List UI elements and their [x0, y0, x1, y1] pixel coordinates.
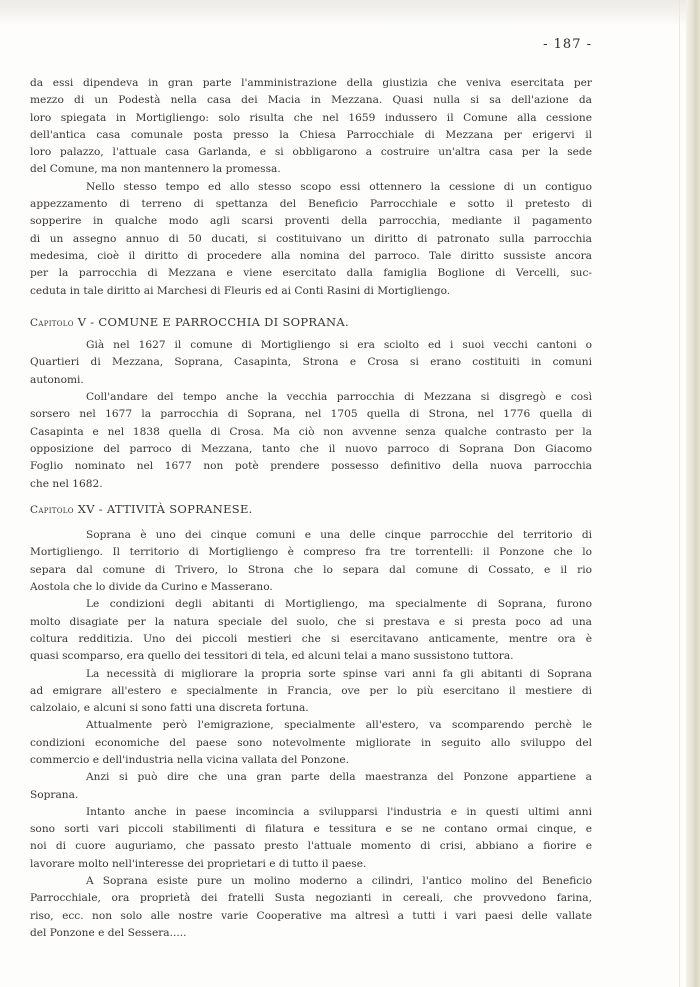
text-line: che nel 1682.: [30, 476, 592, 493]
text-line: Soprana.: [30, 787, 592, 804]
text-line: Foglio nominato nel 1677 non potè prende…: [30, 458, 592, 475]
text-line: calzolaio, e alcuni si sono fatti una di…: [30, 700, 592, 717]
paragraph-maestranza: Anzi si può dire che una gran parte dell…: [30, 769, 592, 804]
text-line: di un assegno annuo di 50 ducati, si cos…: [30, 231, 592, 248]
text-line: La necessità di migliorare la propria so…: [30, 666, 592, 683]
chapter-heading-v: Capitolo V - COMUNE E PARROCCHIA DI SOPR…: [30, 314, 592, 332]
text-line: Le condizioni degli abitanti di Mortigli…: [30, 596, 592, 613]
text-line: lavorare molto nell'interesse dei propri…: [30, 856, 592, 873]
text-line: ad emigrare all'estero e specialmente in…: [30, 683, 592, 700]
chapter-title: XV - ATTIVITÀ SOPRANESE.: [78, 502, 253, 516]
paragraph-intro: da essi dipendeva in gran parte l'ammini…: [30, 75, 592, 179]
book-spine-edge: [686, 0, 700, 987]
text-line: condizioni economiche del paese sono not…: [30, 735, 592, 752]
text-line: per la parrocchia di Mezzana e viene ese…: [30, 265, 592, 282]
text-line: dell'antica casa comunale posta presso l…: [30, 127, 592, 144]
text-line: ceduta in tale diritto ai Marchesi di Fl…: [30, 283, 592, 300]
paragraph-parrocchie: Coll'andare del tempo anche la vecchia p…: [30, 389, 592, 493]
text-line: coltura redditizia. Uno dei piccoli mest…: [30, 631, 592, 648]
text-line: medesima, cioè il diritto di procedere a…: [30, 248, 592, 265]
text-line: del Comune, ma non mantennero la promess…: [30, 161, 592, 178]
text-line: commercio e dell'industria nella vicina …: [30, 752, 592, 769]
page-number: - 187 -: [543, 37, 592, 52]
paragraph-industria: Intanto anche in paese incomincia a svil…: [30, 804, 592, 873]
text-line: loro spiegata in Mortigliengo: solo risu…: [30, 110, 592, 127]
text-line: Quartieri di Mezzana, Soprana, Casapinta…: [30, 354, 592, 371]
text-line: da essi dipendeva in gran parte l'ammini…: [30, 75, 592, 92]
text-line: Parrocchiale, ora proprietà dei fratelli…: [30, 890, 592, 907]
text-line: Casapinta e nel 1838 quella di Crosa. Ma…: [30, 424, 592, 441]
paragraph-condizioni: Le condizioni degli abitanti di Mortigli…: [30, 596, 592, 665]
text-line: noi di cuore auguriamo, che passato pres…: [30, 838, 592, 855]
text-line: molto disagiate per la natura speciale d…: [30, 614, 592, 631]
text-line: Coll'andare del tempo anche la vecchia p…: [30, 389, 592, 406]
text-line: mezzo di un Podestà nella casa dei Macia…: [30, 92, 592, 109]
text-line: del Ponzone e del Sessera.....: [30, 925, 592, 942]
text-line: autonomi.: [30, 372, 592, 389]
page-body: da essi dipendeva in gran parte l'ammini…: [30, 75, 592, 942]
text-line: Aostola che lo divide da Curino e Masser…: [30, 579, 592, 596]
text-line: sopperire in qualche modo agli scarsi pr…: [30, 213, 592, 230]
text-line: Intanto anche in paese incomincia a svil…: [30, 804, 592, 821]
text-line: sorsero nel 1677 la parrocchia di Sopran…: [30, 406, 592, 423]
text-line: Soprana è uno dei cinque comuni e una de…: [30, 527, 592, 544]
chapter-title: V - COMUNE E PARROCCHIA DI SOPRANA.: [78, 315, 349, 329]
scan-top-shadow: [0, 0, 700, 26]
paragraph-molino: A Soprana esiste pure un molino moderno …: [30, 873, 592, 942]
paragraph-territorio: Soprana è uno dei cinque comuni e una de…: [30, 527, 592, 596]
text-line: quasi scomparso, era quello dei tessitor…: [30, 648, 592, 665]
text-line: A Soprana esiste pure un molino moderno …: [30, 873, 592, 890]
text-line: Mortigliengo. Il territorio di Mortiglie…: [30, 544, 592, 561]
text-line: opposizione del parroco di Mezzana, tant…: [30, 441, 592, 458]
paragraph-patronato: Nello stesso tempo ed allo stesso scopo …: [30, 179, 592, 300]
text-line: Già nel 1627 il comune di Mortigliengo s…: [30, 337, 592, 354]
text-line: Nello stesso tempo ed allo stesso scopo …: [30, 179, 592, 196]
paragraph-emigrazione: La necessità di migliorare la propria so…: [30, 666, 592, 718]
page-edge-line: [679, 0, 680, 987]
paragraph-attualmente: Attualmente però l'emigrazione, specialm…: [30, 717, 592, 769]
text-line: separa dal comune di Trivero, lo Strona …: [30, 562, 592, 579]
text-line: sono sorti vari piccoli stabilimenti di …: [30, 821, 592, 838]
chapter-label: Capitolo: [30, 504, 74, 516]
text-line: riso, ecc. non solo alle nostre varie Co…: [30, 908, 592, 925]
text-line: loro palazzo, l'attuale casa Garlanda, e…: [30, 144, 592, 161]
paragraph-comuni: Già nel 1627 il comune di Mortigliengo s…: [30, 337, 592, 389]
chapter-label: Capitolo: [30, 317, 74, 329]
text-line: appezzamento di terreno di spettanza del…: [30, 196, 592, 213]
text-line: Attualmente però l'emigrazione, specialm…: [30, 717, 592, 734]
text-line: Anzi si può dire che una gran parte dell…: [30, 769, 592, 786]
chapter-heading-xv: Capitolo XV - ATTIVITÀ SOPRANESE.: [30, 501, 592, 519]
